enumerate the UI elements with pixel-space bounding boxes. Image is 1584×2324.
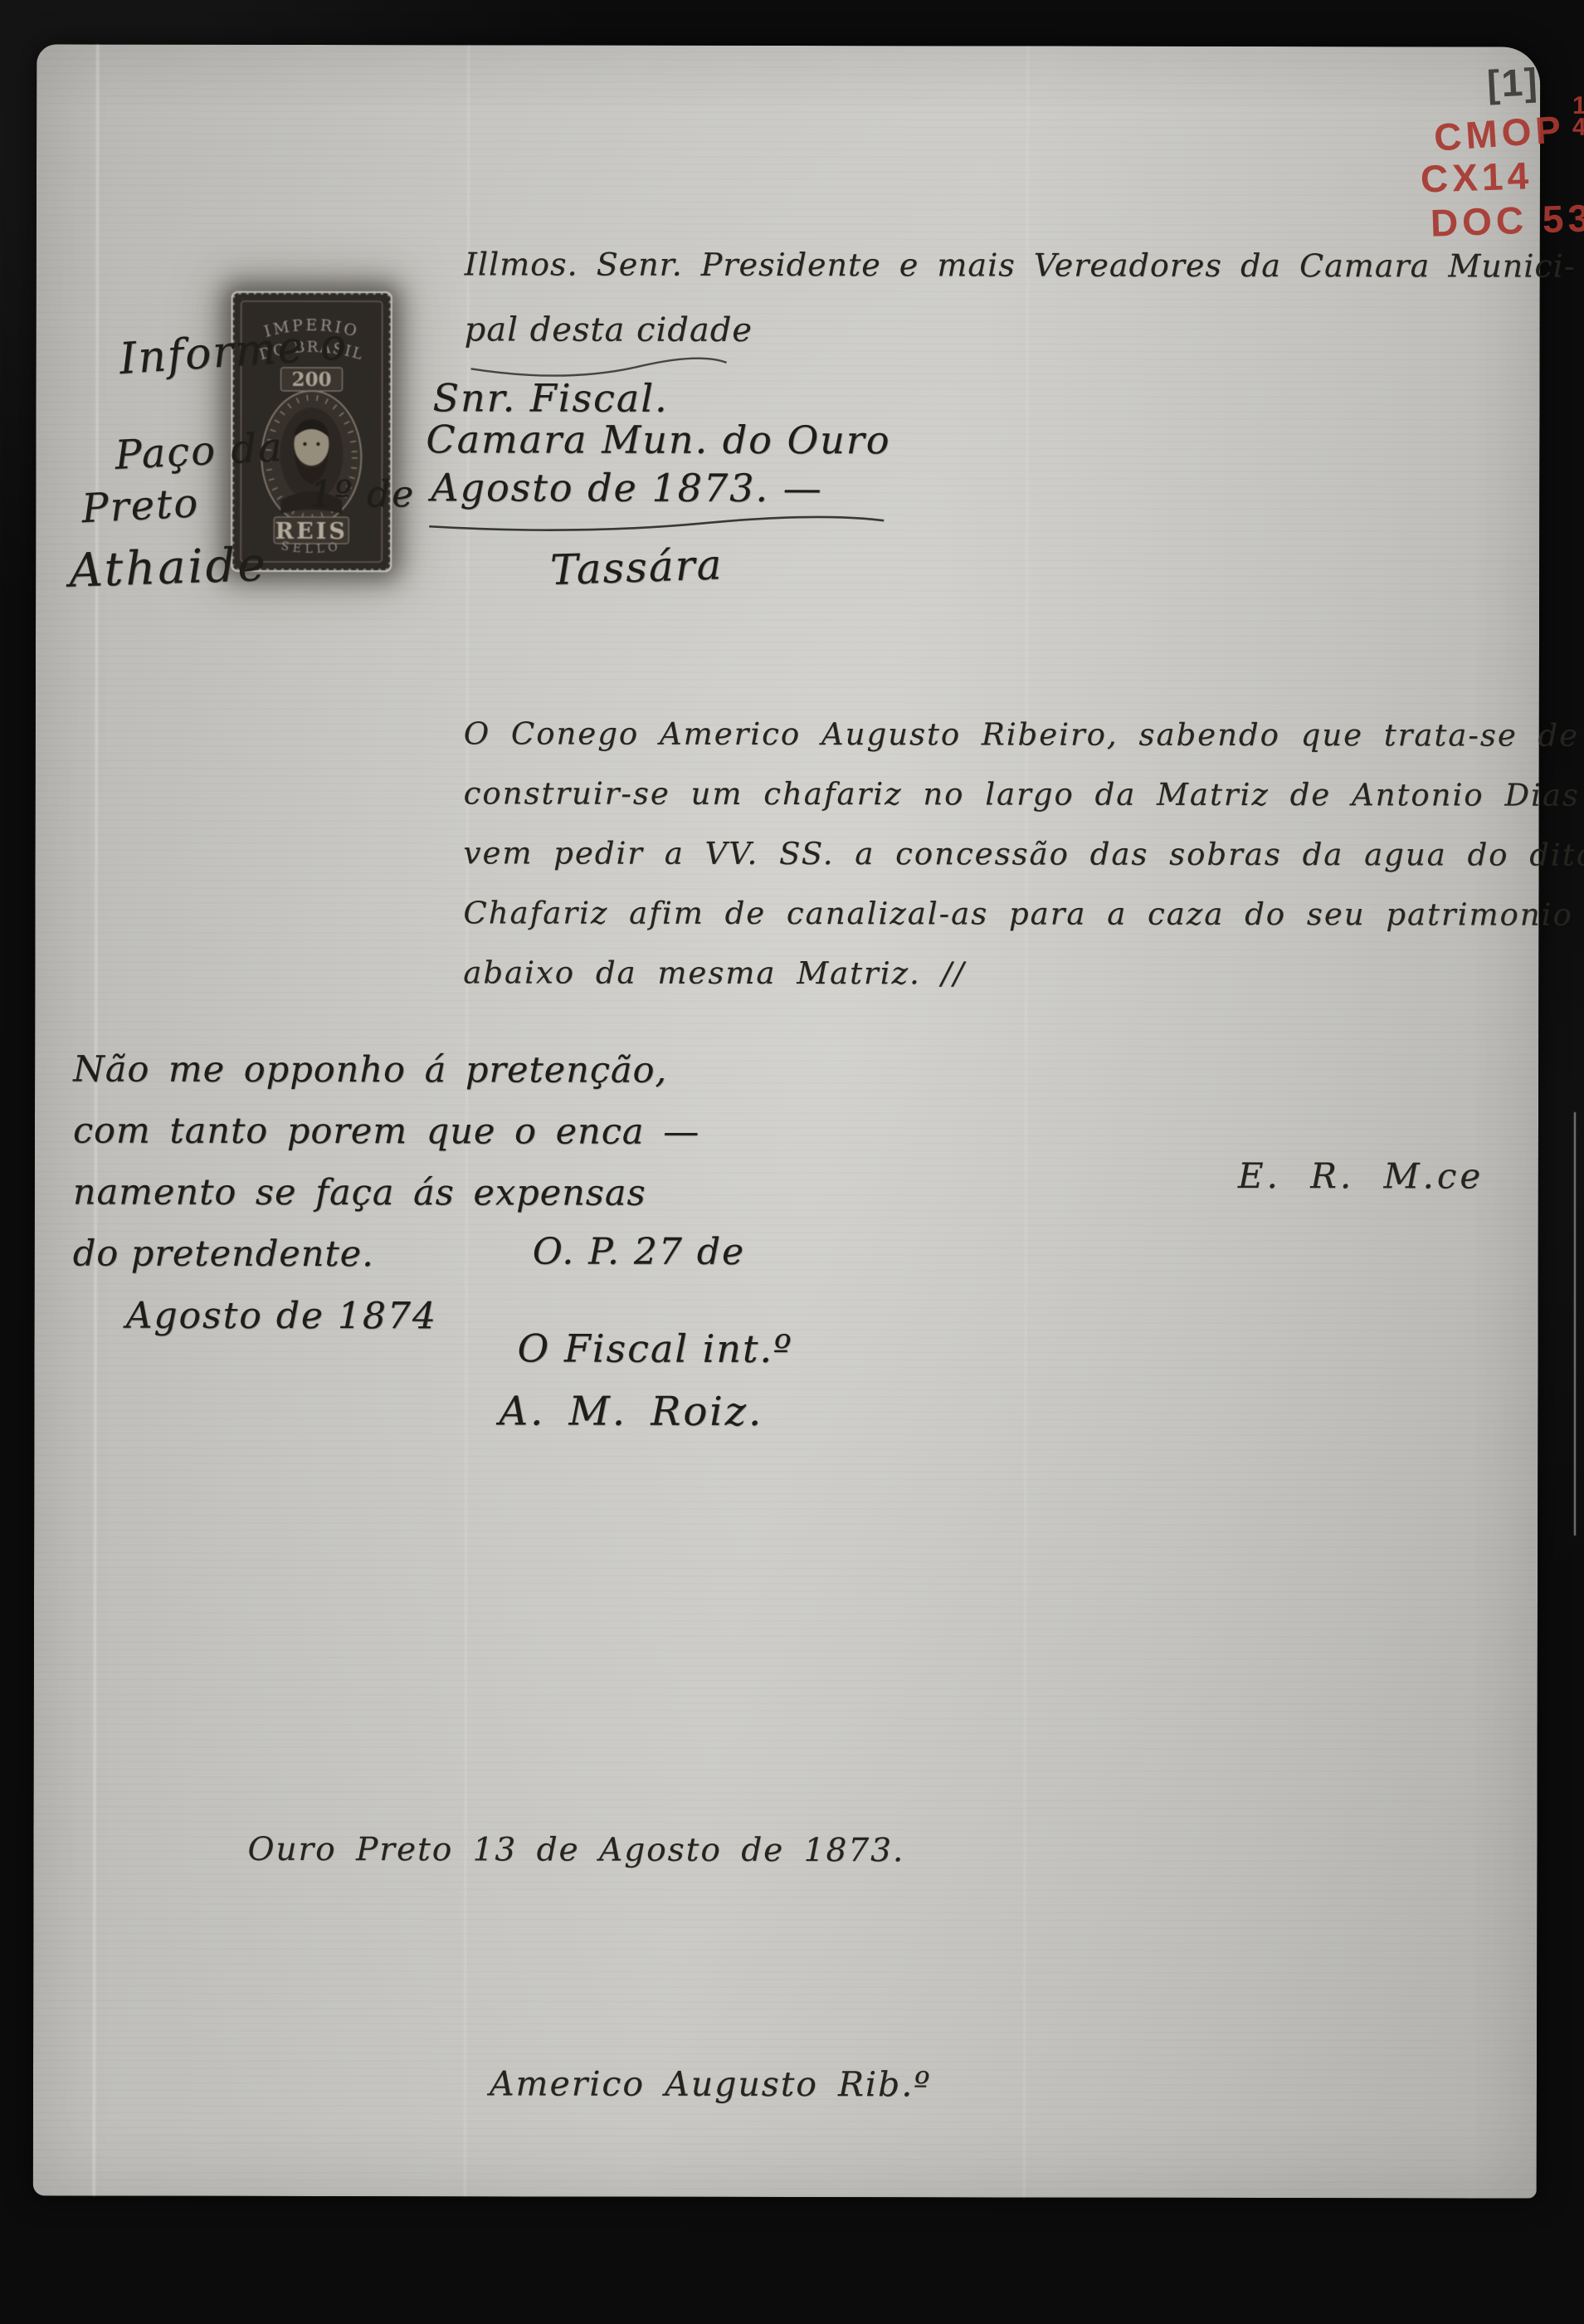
fraction-annotation: 14 [1572, 95, 1584, 138]
margin-note-line2-right: Camara Mun. do Ouro [426, 417, 890, 462]
fond-annotation: CMOP14 [1432, 105, 1584, 159]
fiscal-reply-line: do pretendente. [73, 1233, 374, 1275]
margin-note-line3-mid: 1º de [309, 473, 415, 515]
fiscal-reply-line: Não me opponho á pretenção, [73, 1048, 667, 1091]
heading-line-1: Illmos. Senr. Presidente e mais Vereador… [465, 246, 1576, 284]
fond-code: CMOP [1433, 107, 1567, 159]
scan: [1] CMOP14 CX14 DOC 53 Illmos. Senr. Pre… [0, 0, 1584, 2324]
dash-flourish [426, 506, 890, 537]
body-line: O Conego Americo Augusto Ribeiro, sabend… [464, 715, 1579, 753]
body-line: construir-se um chafariz no largo da Mat… [464, 775, 1580, 813]
fiscal-signature-title: O Fiscal int.º [517, 1326, 792, 1371]
body-line: vem pedir a VV. SS. a concessão das sobr… [464, 835, 1584, 872]
heading-line-2: pal desta cidade [465, 310, 753, 349]
margin-note-line3-left: Preto [80, 480, 200, 532]
scan-background: { "annotations": { "page_number": "[1]",… [0, 0, 1584, 2324]
scratch-line [1574, 1112, 1576, 1535]
margin-note-line3-right: Agosto de 1873. — [431, 465, 822, 510]
erm-abbreviation: E. R. M.ce [1238, 1155, 1484, 1197]
doc-annotation: DOC 53 [1430, 195, 1584, 245]
fiscal-reply-date: Agosto de 1874 [126, 1295, 437, 1338]
dateline: Ouro Preto 13 de Agosto de 1873. [247, 1831, 904, 1869]
fold-line [1023, 46, 1030, 2198]
fiscal-signature-name: A. M. Roiz. [499, 1388, 763, 1435]
document-page: [1] CMOP14 CX14 DOC 53 Illmos. Senr. Pre… [33, 44, 1541, 2198]
margin-note-line2-left: Paço da [114, 424, 285, 479]
margin-signature-athaide: Athaide [68, 538, 268, 598]
portrait-eye-left [303, 442, 306, 446]
portrait-eye-right [316, 442, 319, 446]
margin-signature-tassara: Tassára [549, 540, 724, 594]
body-line: abaixo da mesma Matriz. // [463, 954, 965, 991]
margin-note-line1-right: Snr. Fiscal. [432, 375, 668, 420]
fiscal-reply-line: namento se faça ás expensas [73, 1171, 646, 1213]
fiscal-reply-line: com tanto porem que o enca — [73, 1110, 699, 1152]
body-line: Chafariz afim de canalizal-as para a caz… [463, 895, 1572, 932]
page-number-annotation: [1] [1486, 59, 1540, 106]
box-annotation: CX14 [1420, 153, 1533, 201]
fraction-bottom: 4 [1572, 116, 1584, 138]
petitioner-signature: Americo Augusto Rib.º [490, 2063, 932, 2104]
fiscal-reply-place-date: O. P. 27 de [533, 1230, 745, 1272]
